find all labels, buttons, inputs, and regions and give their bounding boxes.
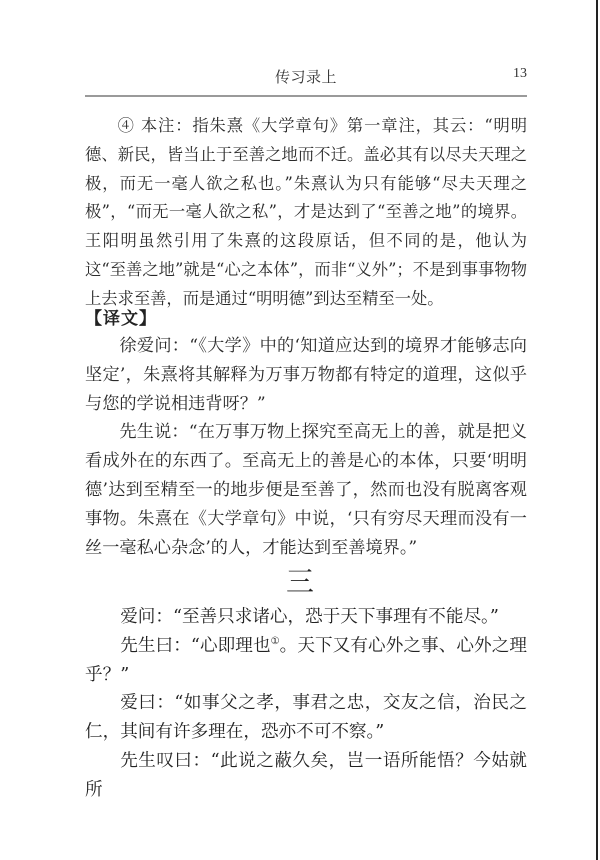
original-paragraph: 先生曰：“心即理也①。天下又有心外之事、心外之理乎？” xyxy=(85,632,527,690)
footnote-paragraph: ④ 本注：指朱熹《大学章句》第一章注，其云：“明明德、新民，皆当止于至善之地而不… xyxy=(85,112,527,314)
footnote-marker: ④ xyxy=(118,116,135,135)
page-number: 13 xyxy=(513,66,527,82)
footnote-reference[interactable]: ① xyxy=(271,636,280,647)
footnote-text: 本注：指朱熹《大学章句》第一章注，其云：“明明德、新民，皆当止于至善之地而不迁。… xyxy=(85,116,527,308)
footnote-block: ④ 本注：指朱熹《大学章句》第一章注，其云：“明明德、新民，皆当止于至善之地而不… xyxy=(85,112,527,314)
running-header-title: 传习录上 xyxy=(85,66,527,87)
running-header: 传习录上 13 xyxy=(85,66,527,96)
original-paragraph: 爱问：“至善只求诸心，恐于天下事理有不能尽。” xyxy=(85,603,527,632)
original-text-block: 爱问：“至善只求诸心，恐于天下事理有不能尽。” 先生曰：“心即理也①。天下又有心… xyxy=(85,603,527,805)
original-paragraph: 爱曰：“如事父之孝，事君之忠，交友之信，治民之仁，其间有许多理在，恐亦不可不察。… xyxy=(85,689,527,747)
original-paragraph: 先生叹曰：“此说之蔽久矣，岂一语所能悟？今姑就所 xyxy=(85,747,527,805)
translation-paragraph: 徐爱问：“《大学》中的‘知道应达到的境界才能够志向坚定’，朱熹将其解释为万事万物… xyxy=(85,332,527,418)
header-rule xyxy=(85,95,527,97)
translation-heading: 【译文】 xyxy=(85,304,157,329)
page-edge-border xyxy=(596,0,598,860)
section-numeral: 三 xyxy=(0,560,600,600)
translation-paragraph: 先生说：“在万事万物上探究至高无上的善，就是把义看成外在的东西了。至高无上的善是… xyxy=(85,418,527,562)
translation-block: 徐爱问：“《大学》中的‘知道应达到的境界才能够志向坚定’，朱熹将其解释为万事万物… xyxy=(85,332,527,562)
original-text: 先生曰：“心即理也 xyxy=(120,636,270,656)
